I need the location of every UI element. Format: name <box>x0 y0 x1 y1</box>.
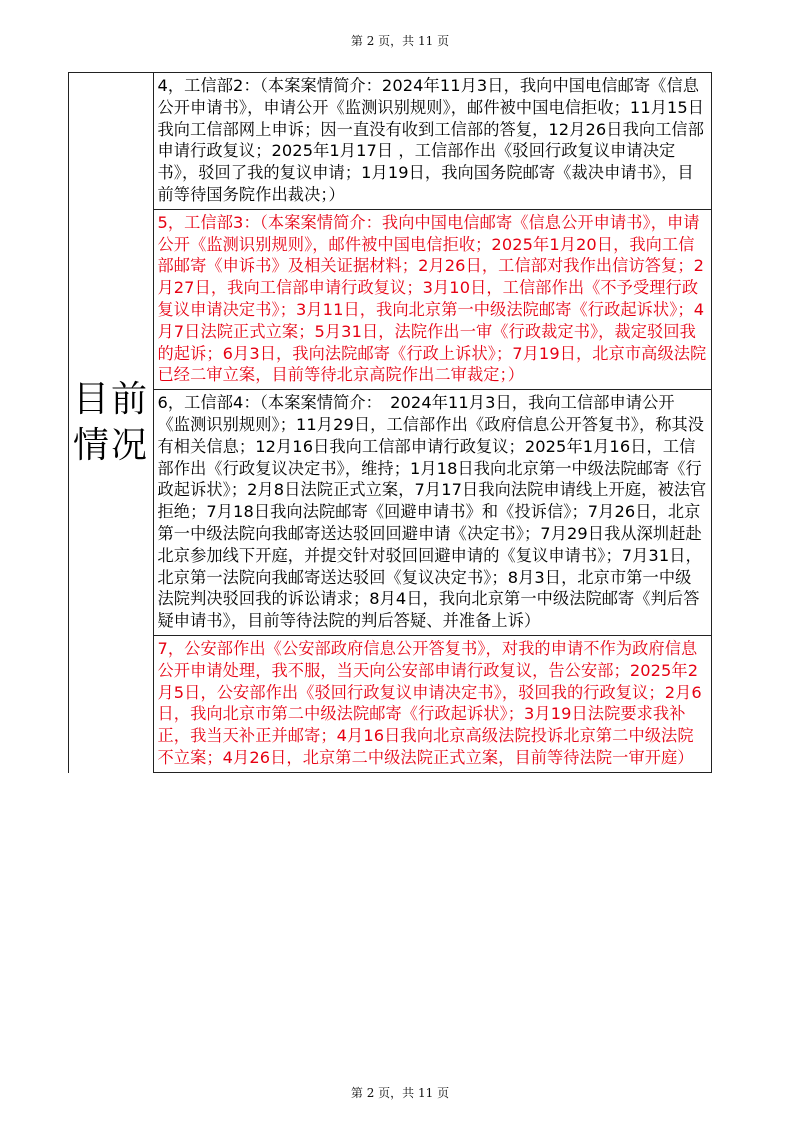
section-label-cell: 目前情况 <box>68 73 154 773</box>
case-row-6: 6，工信部4：（本案案情简介： 2024年11月3日，我向工信部申请公开《监测识… <box>154 390 712 636</box>
page-header: 第 2 页，共 11 页 <box>0 32 800 49</box>
case-row-7: 7，公安部作出《公安部政府信息公开答复书》，对我的申请不作为政府信息公开申请处理… <box>154 636 712 773</box>
page-footer: 第 2 页，共 11 页 <box>0 1084 800 1101</box>
case-row-5: 5，工信部3：（本案案情简介：我向中国电信邮寄《信息公开申请书》，申请公开《监测… <box>154 210 712 390</box>
section-label: 目前情况 <box>73 377 149 469</box>
case-row-4: 4，工信部2：（本案案情简介：2024年11月3日，我向中国电信邮寄《信息公开申… <box>154 73 712 210</box>
case-rows: 4，工信部2：（本案案情简介：2024年11月3日，我向中国电信邮寄《信息公开申… <box>154 73 712 773</box>
case-status-table: 目前情况 4，工信部2：（本案案情简介：2024年11月3日，我向中国电信邮寄《… <box>68 72 712 773</box>
